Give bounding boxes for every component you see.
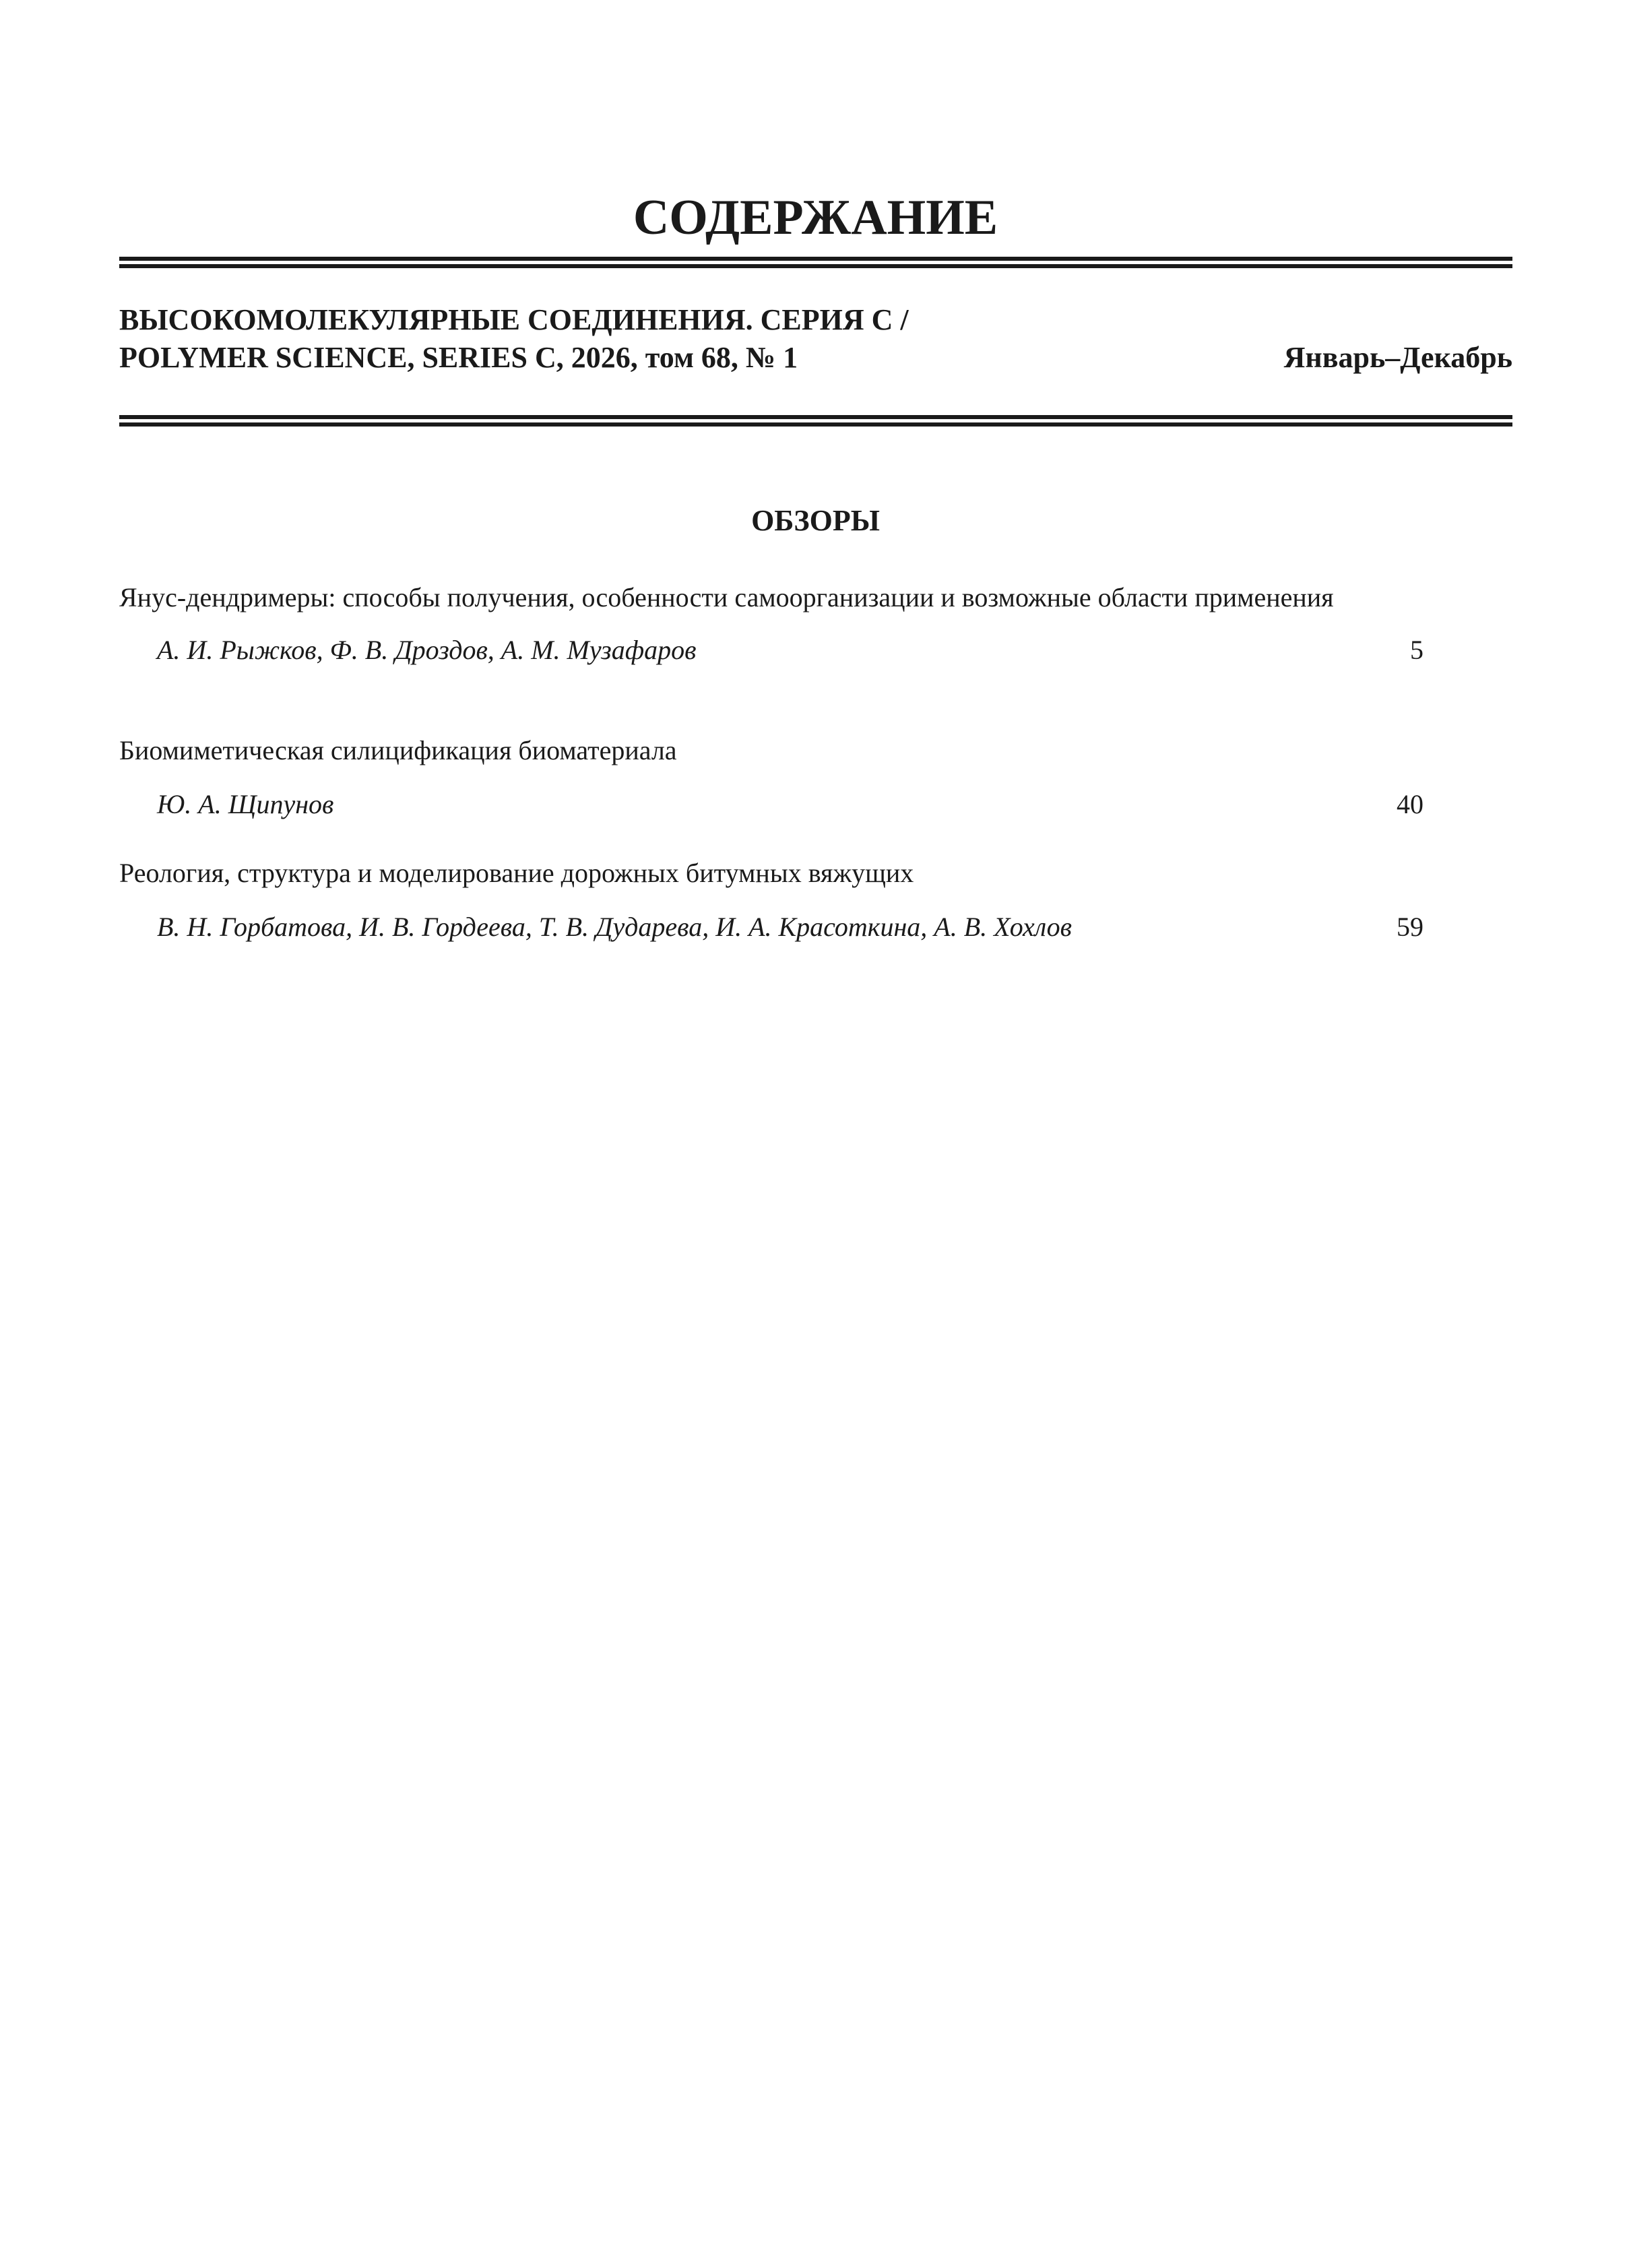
- entry-page-number[interactable]: 59: [1397, 913, 1424, 941]
- journal-line-1: ВЫСОКОМОЛЕКУЛЯРНЫЕ СОЕДИНЕНИЯ. СЕРИЯ С /: [119, 301, 1512, 339]
- journal-line-2: POLYMER SCIENCE, SERIES C, 2026, том 68,…: [119, 339, 1512, 377]
- entry-authors-row: В. Н. Горбатова, И. В. Гордеева, Т. В. Д…: [119, 913, 1424, 941]
- entry-authors: В. Н. Горбатова, И. В. Гордеева, Т. В. Д…: [119, 913, 1072, 941]
- journal-name-en-volume: POLYMER SCIENCE, SERIES C, 2026, том 68,…: [119, 339, 798, 377]
- header-rule-bottom-1: [119, 415, 1512, 419]
- journal-name-ru: ВЫСОКОМОЛЕКУЛЯРНЫЕ СОЕДИНЕНИЯ. СЕРИЯ С /: [119, 301, 909, 339]
- journal-period: Январь–Декабрь: [1284, 339, 1512, 377]
- entry-authors-row: Ю. А. Щипунов 40: [119, 790, 1424, 818]
- header-rule-top-1: [119, 257, 1512, 261]
- entry-title[interactable]: Биомиметическая силицификация биоматериа…: [119, 736, 1424, 764]
- entry-page-number[interactable]: 40: [1397, 790, 1424, 818]
- toc-entry[interactable]: Биомиметическая силицификация биоматериа…: [119, 736, 1424, 818]
- journal-info: ВЫСОКОМОЛЕКУЛЯРНЫЕ СОЕДИНЕНИЯ. СЕРИЯ С /…: [119, 301, 1512, 377]
- toc-entry[interactable]: Янус-дендримеры: способы получения, особ…: [119, 584, 1424, 664]
- entry-title[interactable]: Реология, структура и моделирование доро…: [119, 859, 1424, 887]
- entry-page-number[interactable]: 5: [1410, 636, 1424, 664]
- entry-authors: Ю. А. Щипунов: [119, 790, 333, 818]
- header-rule-bottom-2: [119, 422, 1512, 427]
- section-heading: ОБЗОРЫ: [0, 504, 1631, 538]
- toc-entry[interactable]: Реология, структура и моделирование доро…: [119, 859, 1424, 941]
- entry-title[interactable]: Янус-дендримеры: способы получения, особ…: [119, 584, 1424, 611]
- entry-authors-row: А. И. Рыжков, Ф. В. Дроздов, А. М. Музаф…: [119, 636, 1424, 664]
- entry-authors: А. И. Рыжков, Ф. В. Дроздов, А. М. Музаф…: [119, 636, 696, 664]
- page-title: СОДЕРЖАНИЕ: [0, 191, 1631, 245]
- header-rule-top-2: [119, 264, 1512, 268]
